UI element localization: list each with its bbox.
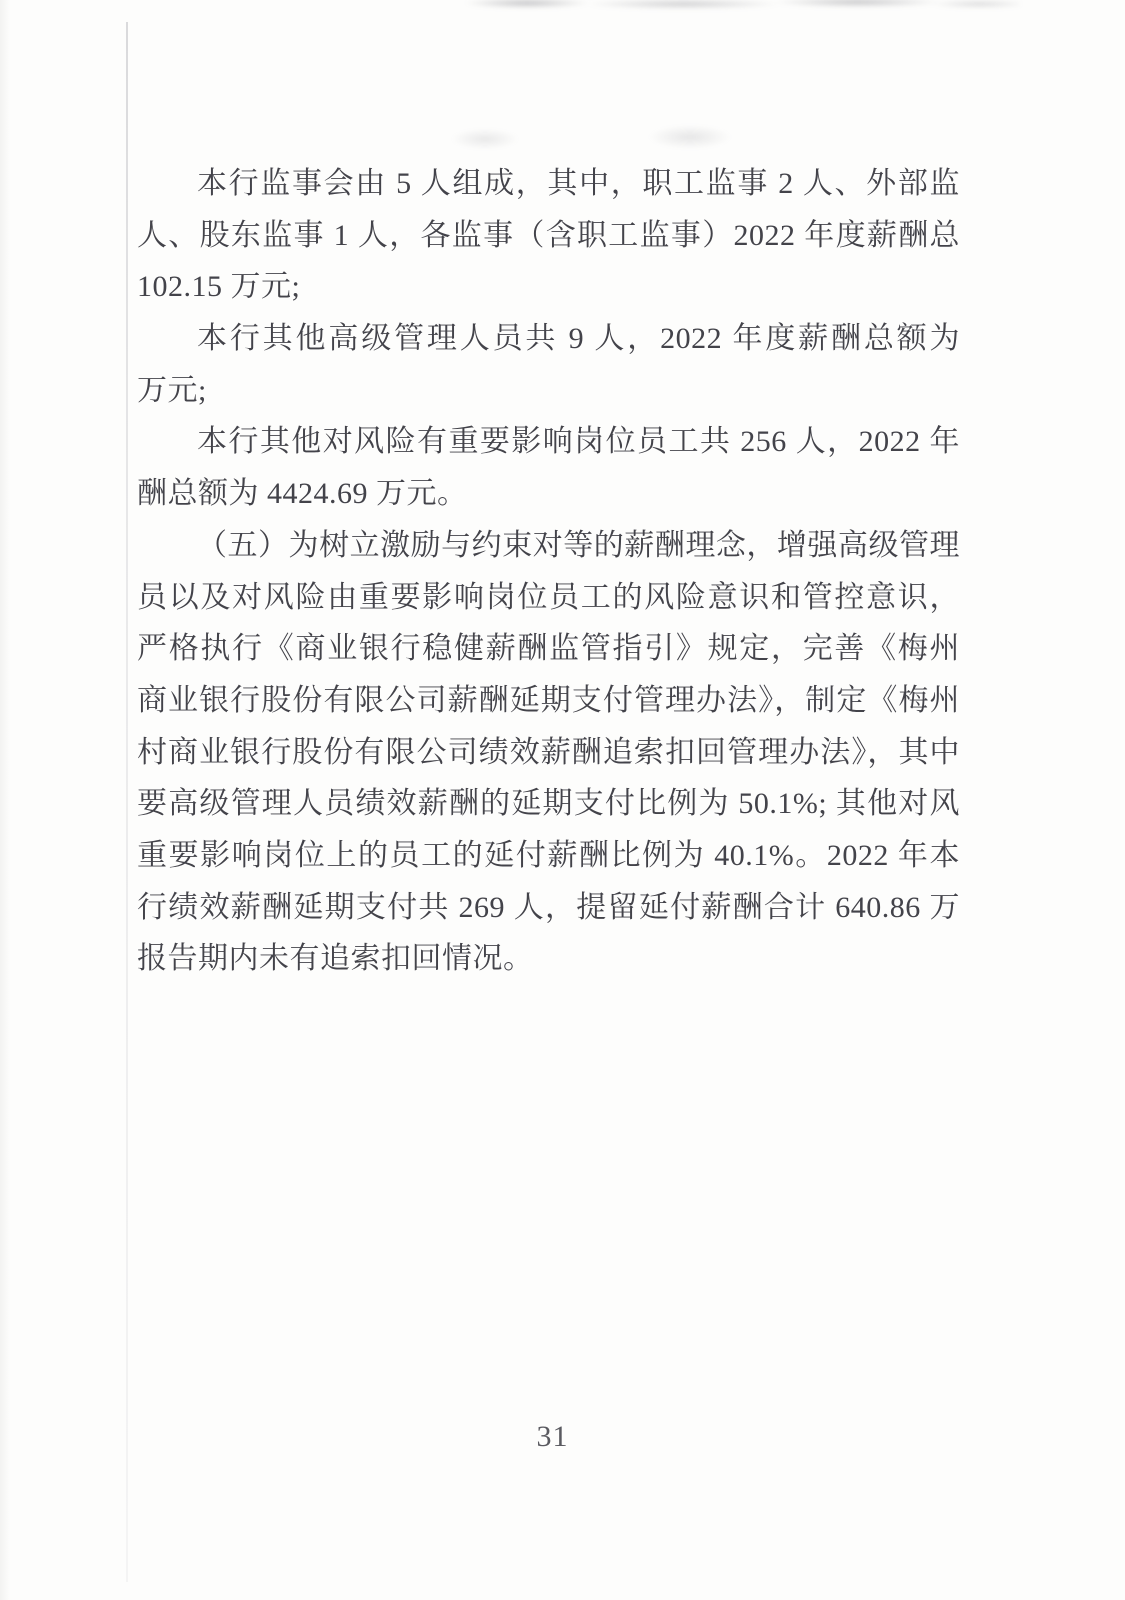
text-line: 人、股东监事 1 人，各监事（含职工监事）2022 年度薪酬总额为 xyxy=(137,210,960,262)
text-line: 本行监事会由 5 人组成，其中，职工监事 2 人、外部监事 2 xyxy=(137,158,960,210)
text-line: 酬总额为 4424.69 万元。 xyxy=(137,468,960,520)
text-line: 严格执行《商业银行稳健薪酬监管指引》规定，完善《梅州农村 xyxy=(137,623,960,675)
body-text: 本行监事会由 5 人组成，其中，职工监事 2 人、外部监事 2人、股东监事 1 … xyxy=(137,158,960,985)
text-line: 重要影响岗位上的员工的延付薪酬比例为 40.1%。2022 年本行执 xyxy=(137,830,960,882)
scan-fold-line xyxy=(126,22,128,1582)
text-line: 员以及对风险由重要影响岗位员工的风险意识和管控意识，本行 xyxy=(137,572,960,624)
text-line: 村商业银行股份有限公司绩效薪酬追索扣回管理办法》，其中主 xyxy=(137,727,960,779)
scan-smudge xyxy=(635,118,745,156)
page-number: 31 xyxy=(0,1420,1105,1454)
text-line: 102.15 万元; xyxy=(137,261,960,313)
document-page: 本行监事会由 5 人组成，其中，职工监事 2 人、外部监事 2人、股东监事 1 … xyxy=(0,0,1125,1600)
scan-edge-shade xyxy=(0,0,10,1600)
text-line: 行绩效薪酬延期支付共 269 人，提留延付薪酬合计 640.86 万元。 xyxy=(137,882,960,934)
scan-smudge xyxy=(440,122,530,156)
text-line: 要高级管理人员绩效薪酬的延期支付比例为 50.1%; 其他对风险有 xyxy=(137,778,960,830)
text-line: 本行其他高级管理人员共 9 人，2022 年度薪酬总额为 349.26 xyxy=(137,313,960,365)
text-line: （五）为树立激励与约束对等的薪酬理念，增强高级管理人 xyxy=(137,520,960,572)
text-line: 万元; xyxy=(137,365,960,417)
text-line: 商业银行股份有限公司薪酬延期支付管理办法》，制定《梅州农 xyxy=(137,675,960,727)
text-line: 本行其他对风险有重要影响岗位员工共 256 人，2022 年度薪 xyxy=(137,416,960,468)
scan-top-smudge xyxy=(440,0,1020,12)
text-line: 报告期内未有追索扣回情况。 xyxy=(137,933,960,985)
